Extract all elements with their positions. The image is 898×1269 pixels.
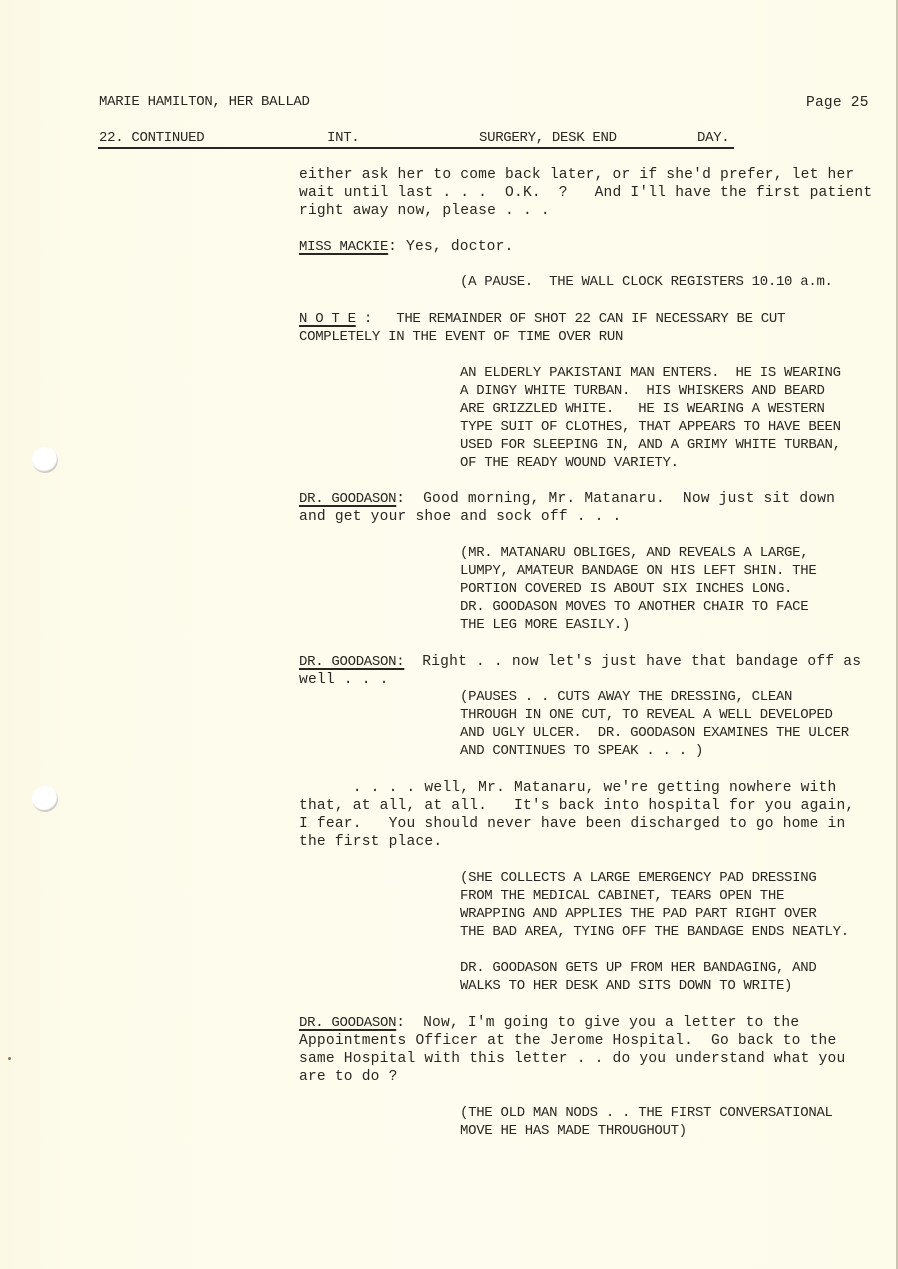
dialogue-line: right away now, please . . . [299, 202, 550, 220]
action-line: (SHE COLLECTS A LARGE EMERGENCY PAD DRES… [460, 869, 816, 887]
dialogue-line: the first place. [299, 833, 442, 851]
dialogue-goodason-bandage: DR. GOODASON: Right . . now let's just h… [299, 653, 861, 671]
action-line: USED FOR SLEEPING IN, AND A GRIMY WHITE … [460, 436, 841, 454]
action-line: TYPE SUIT OF CLOTHES, THAT APPEARS TO HA… [460, 418, 841, 436]
note-text: : THE REMAINDER OF SHOT 22 CAN IF NECESS… [356, 311, 785, 327]
action-line: WRAPPING AND APPLIES THE PAD PART RIGHT … [460, 905, 816, 923]
action-line: THE BAD AREA, TYING OFF THE BANDAGE ENDS… [460, 923, 849, 941]
scene-heading-underline [98, 147, 734, 149]
action-line: LUMPY, AMATEUR BANDAGE ON HIS LEFT SHIN.… [460, 562, 816, 580]
action-line: OF THE READY WOUND VARIETY. [460, 454, 679, 472]
dialogue-line: : Yes, doctor. [388, 239, 513, 255]
action-line: AND UGLY ULCER. DR. GOODASON EXAMINES TH… [460, 724, 849, 742]
action-line: PORTION COVERED IS ABOUT SIX INCHES LONG… [460, 580, 792, 598]
speaker-name: DR. GOODASON [299, 1015, 396, 1031]
scene-shot: 22. CONTINUED [99, 129, 204, 147]
action-line: AN ELDERLY PAKISTANI MAN ENTERS. HE IS W… [460, 364, 841, 382]
stage-direction-pause: (A PAUSE. THE WALL CLOCK REGISTERS 10.10… [460, 273, 833, 291]
dialogue-line: Appointments Officer at the Jerome Hospi… [299, 1032, 836, 1050]
dialogue-mackie: MISS MACKIE: Yes, doctor. [299, 238, 514, 256]
dialogue-line: : Now, I'm going to give you a letter to… [396, 1015, 799, 1031]
script-title: MARIE HAMILTON, HER BALLAD [99, 93, 310, 111]
speaker-name: MISS MACKIE [299, 239, 388, 255]
speaker-name: DR. GOODASON: [299, 654, 404, 670]
action-line: (PAUSES . . CUTS AWAY THE DRESSING, CLEA… [460, 688, 792, 706]
note-text: COMPLETELY IN THE EVENT OF TIME OVER RUN [299, 328, 623, 346]
punch-hole-upper [32, 447, 58, 473]
punch-hole-lower [32, 786, 58, 812]
scene-int-ext: INT. [327, 129, 359, 147]
dialogue-line: I fear. You should never have been disch… [299, 815, 845, 833]
dialogue-line: and get your shoe and sock off . . . [299, 508, 621, 526]
scene-time: DAY. [697, 129, 729, 147]
dialogue-line: : Good morning, Mr. Matanaru. Now just s… [396, 491, 835, 507]
action-line: A DINGY WHITE TURBAN. HIS WHISKERS AND B… [460, 382, 825, 400]
action-line: (THE OLD MAN NODS . . THE FIRST CONVERSA… [460, 1104, 833, 1122]
speaker-name: DR. GOODASON [299, 491, 396, 507]
action-line: FROM THE MEDICAL CABINET, TEARS OPEN THE [460, 887, 784, 905]
action-line: MOVE HE HAS MADE THROUGHOUT) [460, 1122, 687, 1140]
action-line: (MR. MATANARU OBLIGES, AND REVEALS A LAR… [460, 544, 808, 562]
dialogue-line: well . . . [299, 671, 389, 689]
dialogue-line: that, at all, at all. It's back into hos… [299, 797, 854, 815]
note-label: N O T E [299, 311, 356, 327]
action-line: THE LEG MORE EASILY.) [460, 616, 630, 634]
action-line: THROUGH IN ONE CUT, TO REVEAL A WELL DEV… [460, 706, 833, 724]
production-note: N O T E : THE REMAINDER OF SHOT 22 CAN I… [299, 310, 785, 328]
dialogue-line: same Hospital with this letter . . do yo… [299, 1050, 845, 1068]
scene-location: SURGERY, DESK END [479, 129, 617, 147]
dialogue-line: . . . . well, Mr. Matanaru, we're gettin… [299, 779, 836, 797]
script-page: MARIE HAMILTON, HER BALLAD Page 25 22. C… [0, 0, 898, 1269]
page-number: Page 25 [806, 94, 869, 112]
dialogue-line: wait until last . . . O.K. ? And I'll ha… [299, 184, 872, 202]
dialogue-line: are to do ? [299, 1068, 398, 1086]
action-line: DR. GOODASON MOVES TO ANOTHER CHAIR TO F… [460, 598, 808, 616]
dialogue-goodason-greeting: DR. GOODASON: Good morning, Mr. Matanaru… [299, 490, 835, 508]
action-line: DR. GOODASON GETS UP FROM HER BANDAGING,… [460, 959, 816, 977]
dialogue-line: either ask her to come back later, or if… [299, 166, 854, 184]
action-line: WALKS TO HER DESK AND SITS DOWN TO WRITE… [460, 977, 792, 995]
action-line: AND CONTINUES TO SPEAK . . . ) [460, 742, 703, 760]
paper-speck [8, 1057, 11, 1060]
dialogue-goodason-letter: DR. GOODASON: Now, I'm going to give you… [299, 1014, 799, 1032]
dialogue-line: Right . . now let's just have that banda… [404, 654, 861, 670]
action-line: ARE GRIZZLED WHITE. HE IS WEARING A WEST… [460, 400, 825, 418]
